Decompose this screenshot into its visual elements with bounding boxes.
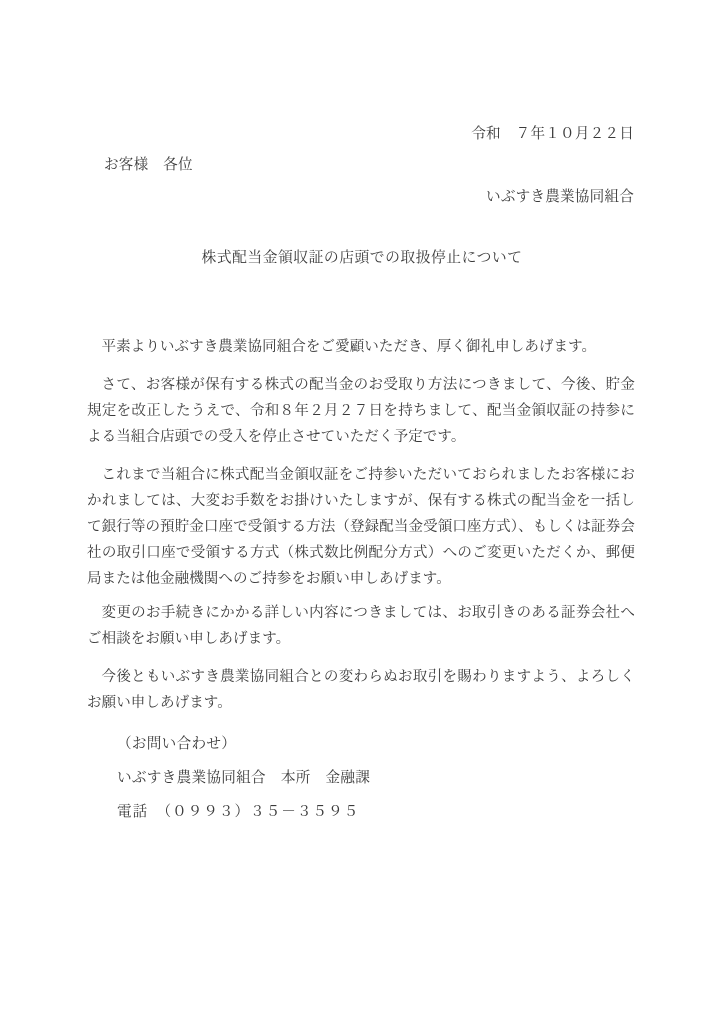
paragraph-consultation: 変更のお手続きにかかる詳しい内容につきましては、お取引きのある証券会社へご相談を…: [87, 600, 635, 652]
paragraph-greeting: 平素よりいぶすき農業協同組合をご愛顧いただき、厚く御礼申しあげます。: [87, 334, 635, 360]
letter-page: 令和 ７年１０月２２日 お客様 各位 いぶすき農業協同組合 株式配当金領収証の店…: [0, 0, 724, 1024]
contact-heading: （お問い合わせ）: [117, 731, 370, 757]
paragraph-closing: 今後ともいぶすき農業協同組合との変わらぬお取引を賜わりますよう、よろしくお願い申…: [87, 664, 635, 716]
contact-phone: 電話 （０９９３）３５－３５９５: [117, 799, 370, 825]
recipient-line: お客様 各位: [104, 152, 193, 178]
document-date: 令和 ７年１０月２２日: [471, 121, 634, 147]
letter-body: 平素よりいぶすき農業協同組合をご愛顧いただき、厚く御礼申しあげます。 さて、お客…: [87, 334, 635, 724]
contact-organization: いぶすき農業協同組合 本所 金融課: [117, 765, 370, 791]
paragraph-notice: さて、お客様が保有する株式の配当金のお受取り方法につきまして、今後、貯金規定を改…: [87, 372, 635, 450]
document-title: 株式配当金領収証の店頭での取扱停止について: [0, 246, 724, 267]
paragraph-instructions: これまで当組合に株式配当金領収証をご持参いただいておられましたお客様におかれまし…: [87, 462, 635, 592]
sender-organization: いぶすき農業協同組合: [486, 184, 634, 210]
contact-block: （お問い合わせ） いぶすき農業協同組合 本所 金融課 電話 （０９９３）３５－３…: [117, 731, 370, 833]
